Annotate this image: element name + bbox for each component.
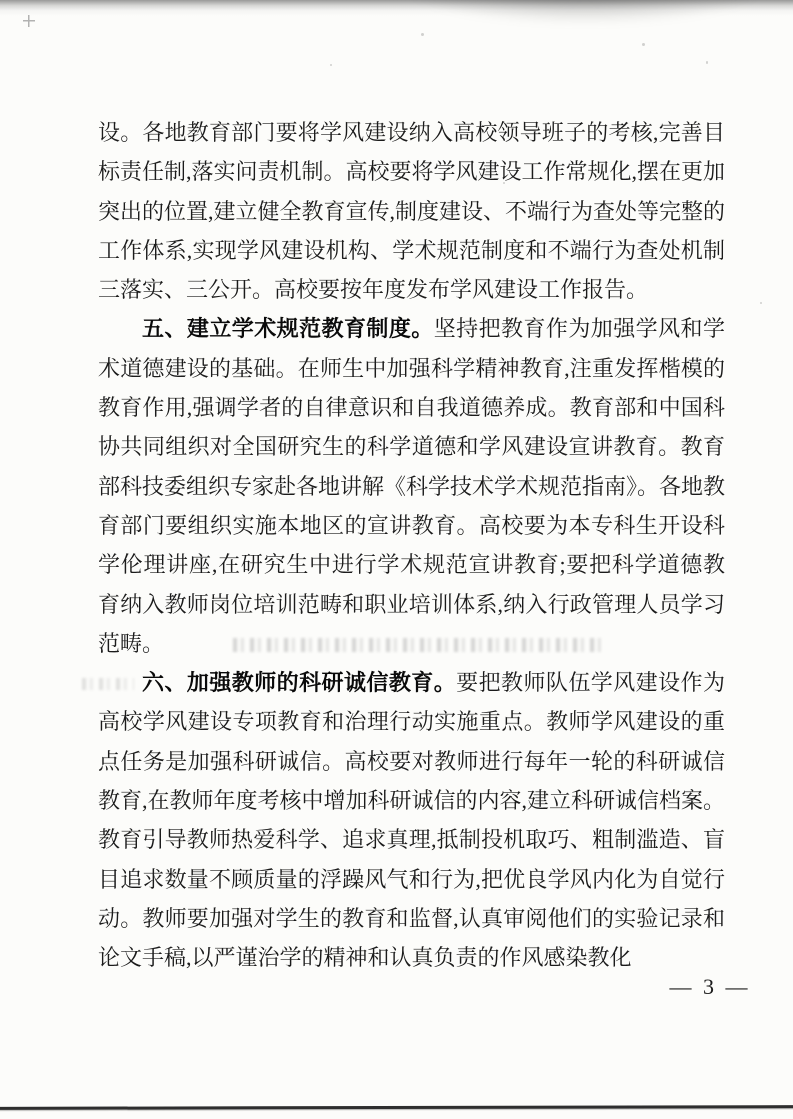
scan-speck — [642, 43, 645, 46]
scanned-document-page: 设。各地教育部门要将学风建设纳入高校领导班子的考核,完善目标责任制,落实问责机制… — [0, 0, 793, 1119]
scan-speck — [760, 302, 762, 304]
paragraph-text: 坚持把教育作为加强学风和学术道德建设的基础。在师生中加强科学精神教育,注重发挥楷… — [98, 316, 725, 655]
scan-speck — [421, 33, 424, 36]
document-body-text: 设。各地教育部门要将学风建设纳入高校领导班子的考核,完善目标责任制,落实问责机制… — [98, 113, 725, 978]
section-five-heading: 五、建立学术规范教育制度。 — [142, 316, 434, 341]
paragraph-continuation: 设。各地教育部门要将学风建设纳入高校领导班子的考核,完善目标责任制,落实问责机制… — [98, 113, 725, 309]
section-six-heading: 六、加强教师的科研诚信教育。 — [142, 670, 456, 695]
scan-speck — [706, 61, 708, 64]
section-five-paragraph: 五、建立学术规范教育制度。坚持把教育作为加强学风和学术道德建设的基础。在师生中加… — [98, 309, 725, 663]
page-number: — 3 — — [644, 974, 776, 1000]
paragraph-text: 要把教师队伍学风建设作为高校学风建设专项教育和治理行动实施重点。教师学风建设的重… — [98, 670, 725, 970]
section-six-paragraph: 六、加强教师的科研诚信教育。要把教师队伍学风建设作为高校学风建设专项教育和治理行… — [98, 663, 725, 977]
paragraph-text: 设。各地教育部门要将学风建设纳入高校领导班子的考核,完善目标责任制,落实问责机制… — [98, 120, 725, 302]
registration-cross-icon — [23, 15, 35, 27]
scan-speck — [330, 64, 332, 66]
scan-edge-shadow-top — [0, 0, 793, 16]
scan-edge-line-bottom — [0, 1105, 793, 1110]
scan-smudge-top — [410, 0, 760, 24]
